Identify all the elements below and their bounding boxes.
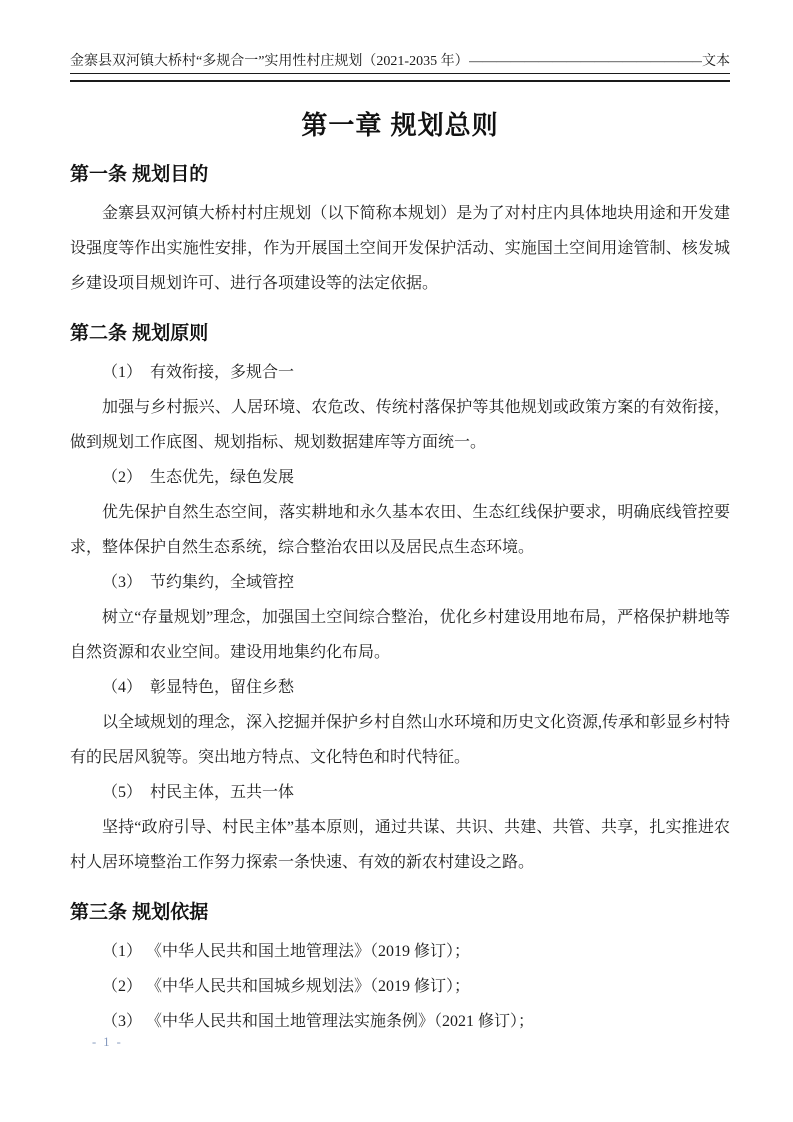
basis-item-2: （2） 《中华人民共和国城乡规划法》（2019 修订）； — [70, 969, 730, 1004]
principle-5-title: （5） 村民主体，五共一体 — [70, 775, 730, 810]
paragraph: 树立“存量规划”理念，加强国土空间综合整治，优化乡村建设用地布局，严格保护耕地等… — [70, 600, 730, 670]
principle-3-title: （3） 节约集约，全域管控 — [70, 565, 730, 600]
paragraph: 坚持“政府引导、村民主体”基本原则，通过共谋、共识、共建、共管、共享，扎实推进农… — [70, 810, 730, 880]
principle-1-title: （1） 有效衔接，多规合一 — [70, 355, 730, 390]
paragraph: 以全域规划的理念，深入挖掘并保护乡村自然山水环境和历史文化资源,传承和彰显乡村特… — [70, 705, 730, 775]
paragraph: 优先保护自然生态空间，落实耕地和永久基本农田、生态红线保护要求，明确底线管控要求… — [70, 495, 730, 565]
article-3-heading: 第三条 规划依据 — [70, 900, 730, 926]
page-footer: - 1 - — [92, 1034, 123, 1050]
section-planning-principles: 第二条 规划原则 （1） 有效衔接，多规合一 加强与乡村振兴、人居环境、农危改、… — [70, 321, 730, 880]
section-planning-purpose: 第一条 规划目的 金寨县双河镇大桥村村庄规划（以下简称本规划）是为了对村庄内具体… — [70, 162, 730, 301]
article-1-heading: 第一条 规划目的 — [70, 162, 730, 188]
document-page: 金寨县双河镇大桥村“多规合一”实用性村庄规划（2021-2035 年） ————… — [0, 0, 793, 1122]
page-header: 金寨县双河镇大桥村“多规合一”实用性村庄规划（2021-2035 年） ————… — [70, 0, 730, 82]
paragraph: 金寨县双河镇大桥村村庄规划（以下简称本规划）是为了对村庄内具体地块用途和开发建设… — [70, 196, 730, 301]
section-planning-basis: 第三条 规划依据 （1） 《中华人民共和国土地管理法》（2019 修订）； （2… — [70, 900, 730, 1039]
header-title: 金寨县双河镇大桥村“多规合一”实用性村庄规划（2021-2035 年） — [70, 52, 469, 71]
principle-2-title: （2） 生态优先，绿色发展 — [70, 460, 730, 495]
document-body: 第一章 规划总则 第一条 规划目的 金寨县双河镇大桥村村庄规划（以下简称本规划）… — [70, 108, 730, 1039]
article-2-heading: 第二条 规划原则 — [70, 321, 730, 347]
paragraph: 加强与乡村振兴、人居环境、农危改、传统村落保护等其他规划或政策方案的有效衔接，做… — [70, 390, 730, 460]
header-doc-type-label: 文本 — [702, 52, 730, 71]
header-dash-fill: ———————————————————————————— — [469, 52, 702, 71]
page-number: - 1 - — [92, 1035, 123, 1049]
basis-item-1: （1） 《中华人民共和国土地管理法》（2019 修订）； — [70, 934, 730, 969]
header-line: 金寨县双河镇大桥村“多规合一”实用性村庄规划（2021-2035 年） ————… — [70, 52, 730, 74]
principle-4-title: （4） 彰显特色，留住乡愁 — [70, 670, 730, 705]
basis-item-3: （3） 《中华人民共和国土地管理法实施条例》（2021 修订）； — [70, 1004, 730, 1039]
chapter-title: 第一章 规划总则 — [70, 108, 730, 142]
